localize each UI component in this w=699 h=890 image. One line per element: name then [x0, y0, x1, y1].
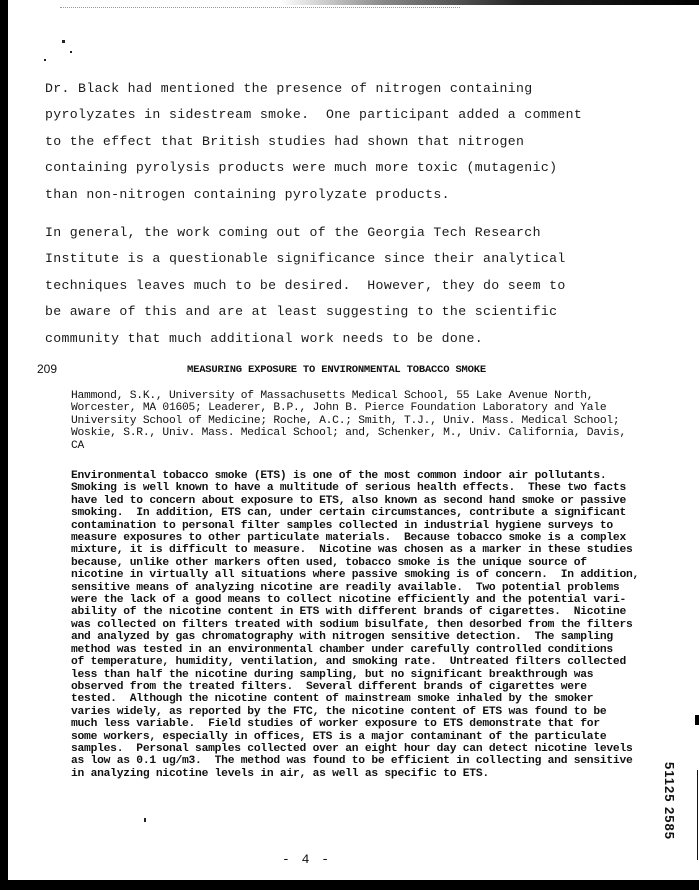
abstract-number: 209: [37, 362, 57, 376]
bates-rule: [697, 770, 698, 860]
abstract-line: sensitive means of analyzing nicotine ar…: [71, 582, 651, 594]
scan-artifact-line: [60, 7, 460, 9]
abstract-line: ability of the nicotine content in ETS w…: [71, 606, 651, 618]
scan-border-left: [0, 0, 8, 890]
abstract-line: tested. Although the nicotine content of…: [71, 693, 651, 705]
abstract-line: was collected on filters treated with so…: [71, 619, 651, 631]
abstract-line: in analyzing nicotine levels in air, as …: [71, 768, 651, 780]
memo-paragraph-1: Dr. Black had mentioned the presence of …: [45, 76, 605, 208]
abstract-line: of temperature, humidity, ventilation, a…: [71, 656, 651, 668]
scan-artifact-mark: [695, 715, 699, 725]
abstract-line: smoking. In addition, ETS can, under cer…: [71, 507, 651, 519]
memo-line: Dr. Black had mentioned the presence of …: [45, 76, 605, 102]
memo-line: community that much additional work need…: [45, 326, 605, 352]
abstract-line: samples. Personal samples collected over…: [71, 743, 651, 755]
bates-number: 51125 2585: [662, 762, 677, 840]
memo-line: containing pyrolysis products were much …: [45, 155, 605, 181]
abstract-authors: Hammond, S.K., University of Massachuset…: [71, 390, 651, 452]
memo-text: Dr. Black had mentioned the presence of …: [45, 76, 605, 352]
memo-line: techniques leaves much to be desired. Ho…: [45, 273, 605, 299]
abstract-line: mixture, it is difficult to measure. Nic…: [71, 544, 651, 556]
abstract-line: less than half the nicotine during sampl…: [71, 669, 651, 681]
abstract-line: Environmental tobacco smoke (ETS) is one…: [71, 470, 651, 482]
abstract-line: much less variable. Field studies of wor…: [71, 718, 651, 730]
scan-speck: [44, 59, 46, 61]
memo-line: be aware of this and are at least sugges…: [45, 299, 605, 325]
memo-line: to the effect that British studies had s…: [45, 129, 605, 155]
scan-border-bottom: [0, 880, 699, 890]
memo-paragraph-2: In general, the work coming out of the G…: [45, 220, 605, 352]
page-number: - 4 -: [282, 852, 331, 867]
abstract-line: nicotine in virtually all situations whe…: [71, 569, 651, 581]
author-line: Hammond, S.K., University of Massachuset…: [71, 390, 651, 402]
abstract-line: were the lack of a good means to collect…: [71, 594, 651, 606]
memo-line: than non-nitrogen containing pyrolyzate …: [45, 182, 605, 208]
author-line: CA: [71, 440, 651, 452]
author-line: Woskie, S.R., Univ. Mass. Medical School…: [71, 427, 651, 439]
abstract-line: varies widely, as reported by the FTC, t…: [71, 706, 651, 718]
scan-speck: [70, 51, 72, 53]
author-line: University School of Medicine; Roche, A.…: [71, 415, 651, 427]
abstract-line: contamination to personal filter samples…: [71, 520, 651, 532]
scan-speck: [62, 40, 65, 43]
abstract-line: and analyzed by gas chromatography with …: [71, 631, 651, 643]
abstract-line: Smoking is well known to have a multitud…: [71, 482, 651, 494]
abstract-body: Environmental tobacco smoke (ETS) is one…: [71, 470, 651, 780]
memo-line: In general, the work coming out of the G…: [45, 220, 605, 246]
abstract-line: method was tested in an environmental ch…: [71, 644, 651, 656]
author-line: Worcester, MA 01605; Leaderer, B.P., Joh…: [71, 402, 651, 414]
abstract-line: some workers, especially in offices, ETS…: [71, 731, 651, 743]
memo-line: pyrolyzates in sidestream smoke. One par…: [45, 102, 605, 128]
abstract-line: because, unlike other markers often used…: [71, 557, 651, 569]
abstract-line: measure exposures to other particulate m…: [71, 532, 651, 544]
abstract-line: as low as 0.1 ug/m3. The method was foun…: [71, 755, 651, 767]
abstract-line: observed from the treated filters. Sever…: [71, 681, 651, 693]
abstract-title: MEASURING EXPOSURE TO ENVIRONMENTAL TOBA…: [187, 364, 486, 376]
scan-speck: [144, 818, 146, 822]
memo-line: Institute is a questionable significance…: [45, 246, 605, 272]
scan-border-top: [0, 0, 699, 5]
abstract-line: have led to concern about exposure to ET…: [71, 495, 651, 507]
